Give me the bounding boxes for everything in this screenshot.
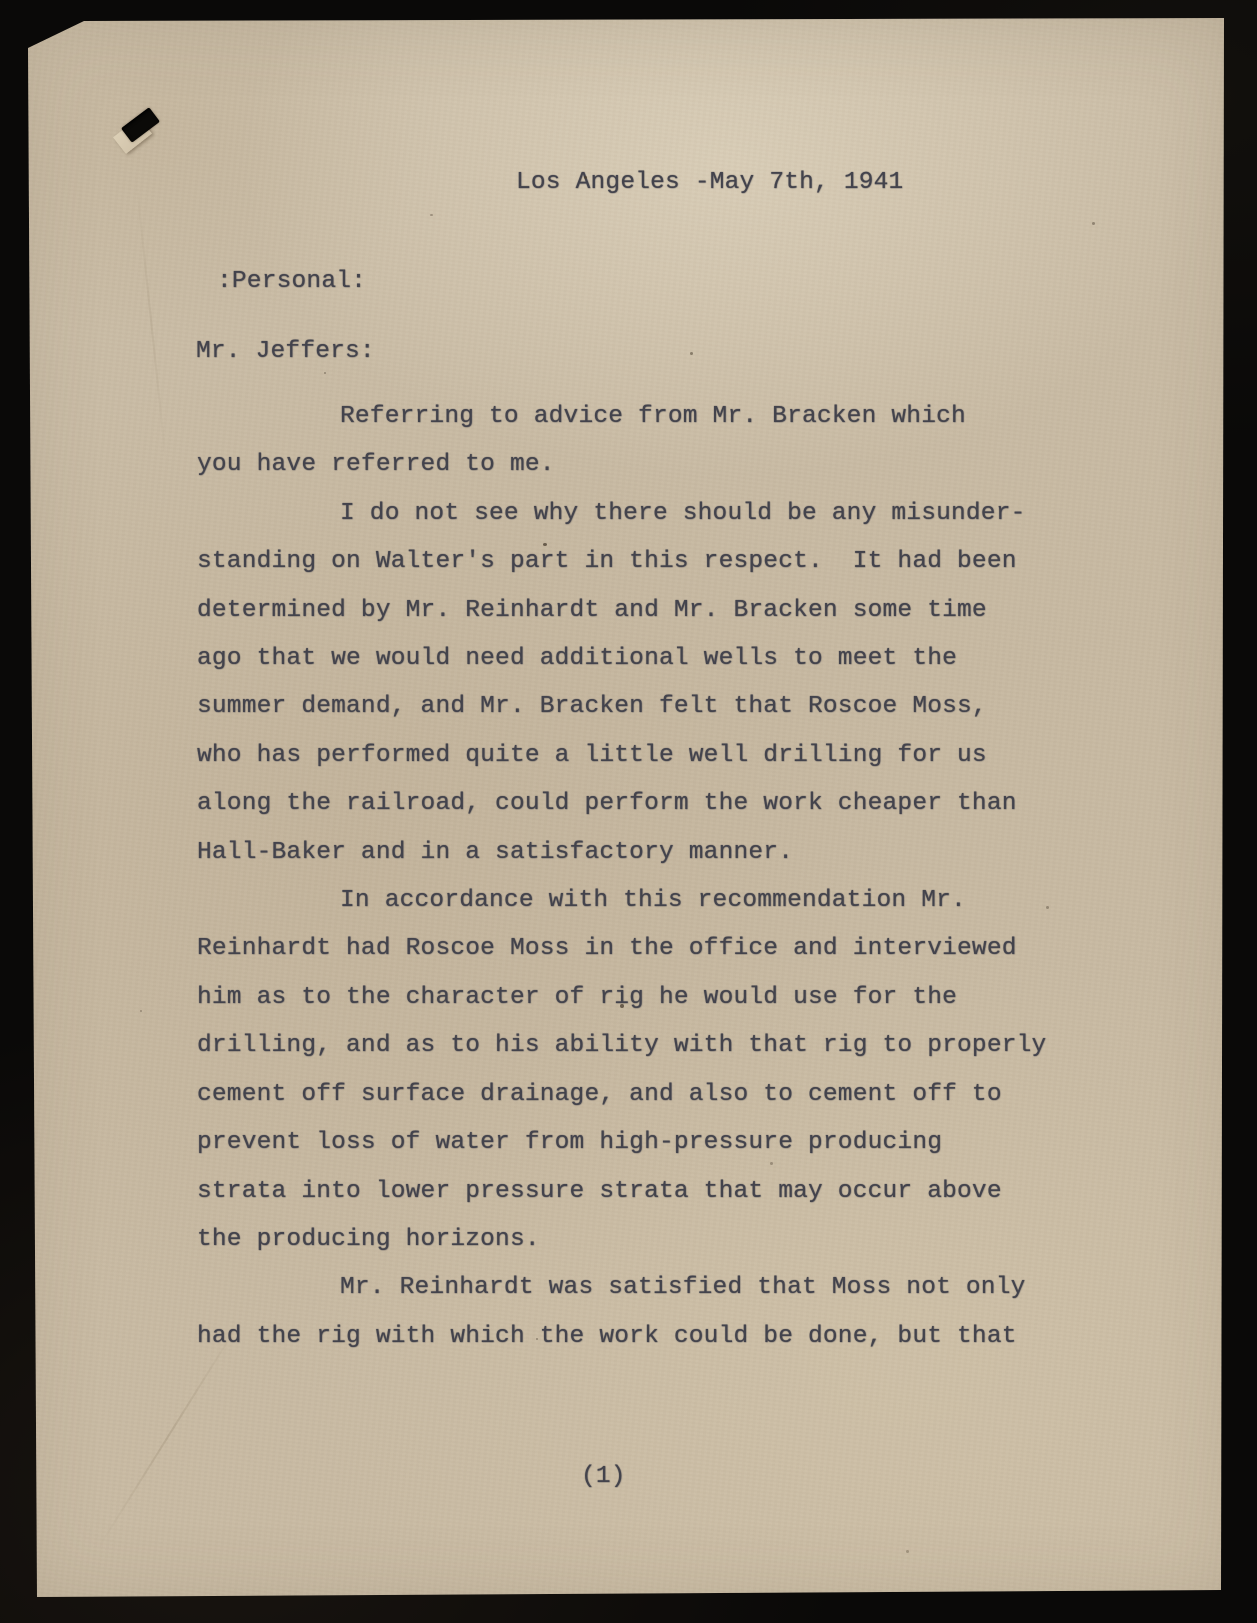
paper-speck — [324, 372, 326, 374]
dateline: Los Angeles -May 7th, 1941 — [516, 168, 903, 198]
letter-line: Hall-Baker and in a satisfactory manner. — [197, 829, 1097, 877]
letter-line: cement off surface drainage, and also to… — [197, 1071, 1097, 1119]
letter-line: prevent loss of water from high-pressure… — [197, 1119, 1097, 1167]
letter-line: ago that we would need additional wells … — [197, 635, 1097, 683]
paper-speck — [1092, 222, 1095, 225]
paper-speck — [690, 352, 693, 355]
letter-line: summer demand, and Mr. Bracken felt that… — [197, 683, 1097, 731]
paper-crease — [134, 171, 167, 470]
letter-page: Los Angeles -May 7th, 1941 :Personal: Mr… — [0, 0, 1257, 1623]
letter-line: along the railroad, could perform the wo… — [197, 780, 1097, 828]
letter-line: you have referred to me. — [197, 441, 1097, 489]
letter-line: In accordance with this recommendation M… — [197, 877, 1097, 925]
paper-speck — [430, 214, 433, 216]
letter-body: Referring to advice from Mr. Bracken whi… — [197, 393, 1097, 1361]
letter-line: determined by Mr. Reinhardt and Mr. Brac… — [197, 587, 1097, 635]
letter-line: Reinhardt had Roscoe Moss in the office … — [197, 925, 1097, 973]
paper-speck — [140, 1010, 142, 1012]
paper-speck — [906, 1550, 909, 1553]
letter-line: standing on Walter's part in this respec… — [197, 538, 1097, 586]
letter-line: Referring to advice from Mr. Bracken whi… — [197, 393, 1097, 441]
page-number: (1) — [581, 1462, 626, 1492]
letter-line: him as to the character of rig he would … — [197, 974, 1097, 1022]
salutation: Mr. Jeffers: — [196, 337, 375, 367]
classification-label: :Personal: — [217, 267, 366, 297]
letter-line: drilling, and as to his ability with tha… — [197, 1022, 1097, 1070]
letter-line: the producing horizons. — [197, 1216, 1097, 1264]
letter-line: Mr. Reinhardt was satisfied that Moss no… — [197, 1264, 1097, 1312]
letter-line: I do not see why there should be any mis… — [197, 490, 1097, 538]
scan-background: Los Angeles -May 7th, 1941 :Personal: Mr… — [0, 0, 1257, 1623]
letter-line: strata into lower pressure strata that m… — [197, 1168, 1097, 1216]
letter-line: who has performed quite a little well dr… — [197, 732, 1097, 780]
letter-line: had the rig with which the work could be… — [197, 1313, 1097, 1361]
